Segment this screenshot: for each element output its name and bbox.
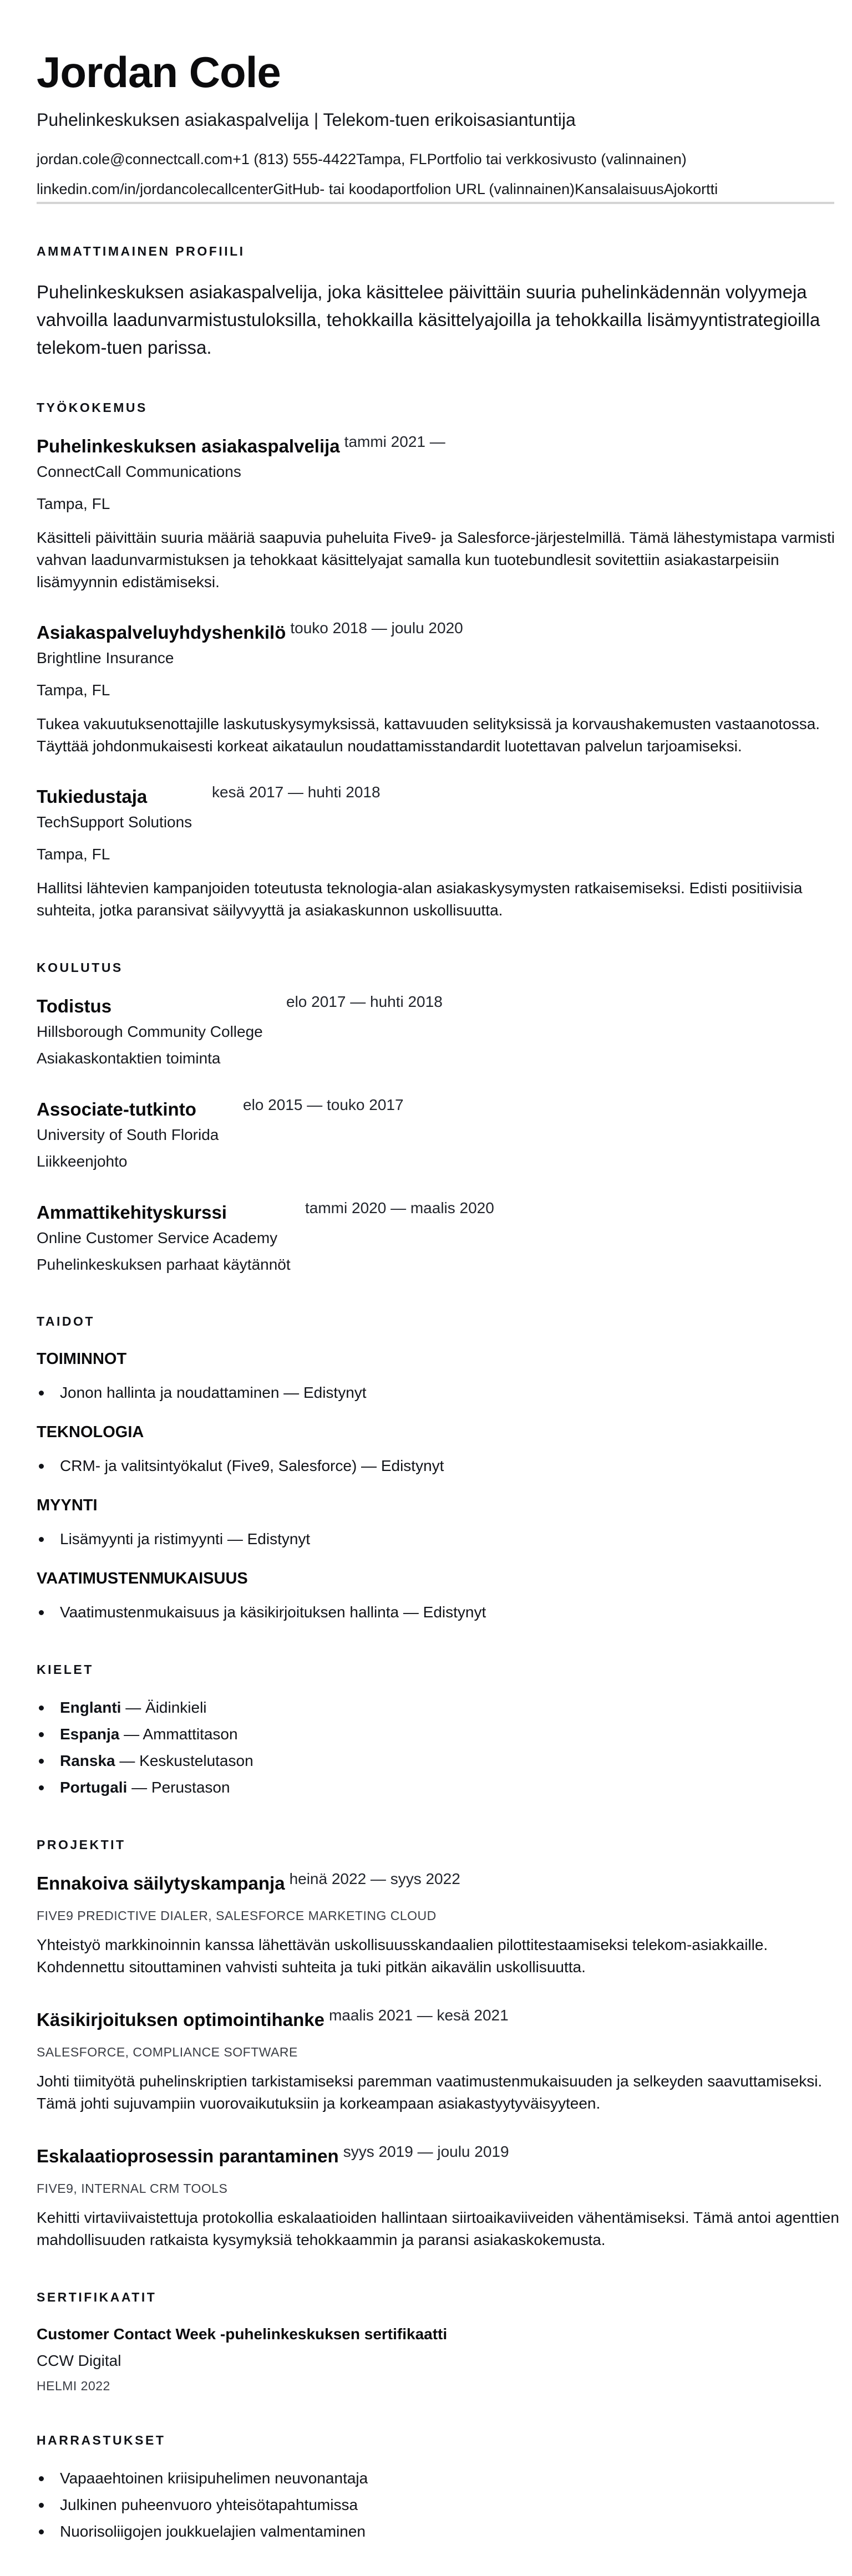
citizenship-text: Kansalaisuus [575,179,664,200]
job-title: Puhelinkeskuksen asiakaspalvelija [37,435,340,458]
education-entry: Associate-tutkinto elo 2015 — touko 2017… [37,1098,815,1172]
section-title-hobbies: HARRASTUKSET [37,2432,815,2448]
language-list: Englanti — Äidinkieli Espanja — Ammattit… [37,1697,815,1799]
skill-category: VAATIMUSTENMUKAISUUS [37,1568,815,1589]
project-name: Ennakoiva säilytyskampanja [37,1872,285,1895]
project-dates: maalis 2021 — kesä 2021 [329,2007,509,2024]
project-name: Eskalaatioprosessin parantaminen [37,2145,339,2168]
hobby-item: Vapaaehtoinen kriisipuhelimen neuvonanta… [37,2467,815,2490]
skill-category: TEKNOLOGIA [37,1422,815,1443]
education-dates: elo 2017 — huhti 2018 [286,994,443,1010]
header-divider [37,202,834,204]
hobby-item: Julkinen puheenvuoro yhteisötapahtumissa [37,2494,815,2516]
section-title-languages: KIELET [37,1661,815,1678]
resume-header: Jordan Cole Puhelinkeskuksen asiakaspalv… [37,47,815,204]
projects-section: PROJEKTIT Ennakoiva säilytyskampanja hei… [37,1836,815,2251]
github-link[interactable]: GitHub- tai koodaportfolion URL (valinna… [273,179,575,200]
project-entry: Eskalaatioprosessin parantaminen syys 20… [37,2145,815,2251]
hobby-list: Vapaaehtoinen kriisipuhelimen neuvonanta… [37,2467,815,2543]
hobby-item: Nuorisoliigojen joukkuelajien valmentami… [37,2521,815,2543]
company-name: Brightline Insurance [37,648,815,669]
company-name: ConnectCall Communications [37,461,815,482]
job-location: Tampa, FL [37,844,815,865]
language-name: Portugali [60,1779,127,1796]
school-name: Hillsborough Community College [37,1021,815,1042]
candidate-name: Jordan Cole [37,47,815,98]
education-dates: elo 2015 — touko 2017 [243,1097,404,1113]
language-level: — Ammattitason [119,1725,237,1743]
languages-section: KIELET Englanti — Äidinkieli Espanja — A… [37,1661,815,1799]
language-name: Englanti [60,1699,121,1716]
language-item: Portugali — Perustason [37,1776,815,1799]
job-dates: touko 2018 — joulu 2020 [290,620,463,637]
education-dates: tammi 2020 — maalis 2020 [305,1200,494,1216]
contact-row-primary: jordan.cole@connectcall.com +1 (813) 555… [37,149,815,170]
job-location: Tampa, FL [37,680,815,701]
skill-group: TEKNOLOGIA CRM- ja valitsintyökalut (Fiv… [37,1422,815,1477]
section-title-experience: TYÖKOKEMUS [37,399,815,416]
profile-summary: Puhelinkeskuksen asiakaspalvelija, joka … [37,278,824,362]
certification-entry: Customer Contact Week -puhelinkeskuksen … [37,2324,815,2394]
project-technologies: SALESFORCE, COMPLIANCE SOFTWARE [37,2044,815,2060]
certification-name: Customer Contact Week -puhelinkeskuksen … [37,2324,815,2344]
project-name: Käsikirjoituksen optimointihanke [37,2008,324,2032]
project-entry: Ennakoiva säilytyskampanja heinä 2022 — … [37,1872,815,1978]
job-dates: tammi 2021 — [344,434,445,450]
experience-section: TYÖKOKEMUS Puhelinkeskuksen asiakaspalve… [37,399,815,922]
study-field: Asiakaskontaktien toiminta [37,1048,815,1069]
education-entry: Todistus elo 2017 — huhti 2018 Hillsboro… [37,995,815,1069]
language-name: Espanja [60,1725,119,1743]
job-dates: kesä 2017 — huhti 2018 [212,784,381,801]
degree-title: Associate-tutkinto [37,1098,243,1121]
experience-entry: Asiakaspalveluyhdyshenkilö touko 2018 — … [37,621,815,757]
portfolio-link[interactable]: Portfolio tai verkkosivusto (valinnainen… [427,149,687,170]
company-name: TechSupport Solutions [37,812,815,833]
education-entry: Ammattikehityskurssi tammi 2020 — maalis… [37,1201,815,1275]
language-level: — Keskustelutason [115,1752,253,1769]
section-title-profile: AMMATTIMAINEN PROFIILI [37,243,815,259]
skill-item: Vaatimustenmukaisuus ja käsikirjoituksen… [37,1601,815,1623]
school-name: Online Customer Service Academy [37,1228,815,1249]
project-description: Johti tiimityötä puhelinskriptien tarkis… [37,2070,846,2115]
section-title-certifications: SERTIFIKAATIT [37,2289,815,2305]
section-title-projects: PROJEKTIT [37,1836,815,1853]
skills-section: TAIDOT TOIMINNOT Jonon hallinta ja nouda… [37,1313,815,1623]
job-title: Asiakaspalveluyhdyshenkilö [37,621,286,644]
language-level: — Perustason [127,1779,230,1796]
language-level: — Äidinkieli [121,1699,206,1716]
resume-page: Jordan Cole Puhelinkeskuksen asiakaspalv… [0,0,852,2576]
location-text: Tampa, FL [356,149,427,170]
study-field: Puhelinkeskuksen parhaat käytännöt [37,1254,815,1275]
job-title: Tukiedustaja [37,785,212,808]
project-description: Kehitti virtaviivaistettuja protokollia … [37,2207,846,2251]
linkedin-link[interactable]: linkedin.com/in/jordancolecallcenter [37,179,273,200]
contact-row-secondary: linkedin.com/in/jordancolecallcenter Git… [37,179,815,200]
project-entry: Käsikirjoituksen optimointihanke maalis … [37,2008,815,2115]
candidate-headline: Puhelinkeskuksen asiakaspalvelija | Tele… [37,108,815,132]
language-item: Espanja — Ammattitason [37,1723,815,1745]
language-name: Ranska [60,1752,115,1769]
experience-entry: Puhelinkeskuksen asiakaspalvelija tammi … [37,435,815,593]
project-description: Yhteistyö markkinoinnin kanssa lähettävä… [37,1934,846,1978]
skill-category: MYYNTI [37,1495,815,1516]
language-item: Englanti — Äidinkieli [37,1697,815,1719]
profile-section: AMMATTIMAINEN PROFIILI Puhelinkeskuksen … [37,243,815,362]
skill-item: CRM- ja valitsintyökalut (Five9, Salesfo… [37,1455,815,1477]
hobbies-section: HARRASTUKSET Vapaaehtoinen kriisipuhelim… [37,2432,815,2543]
certification-date: HELMI 2022 [37,2378,815,2394]
drivers-license-text: Ajokortti [664,179,718,200]
skill-item: Jonon hallinta ja noudattaminen — Edisty… [37,1382,815,1404]
project-dates: heinä 2022 — syys 2022 [290,1871,460,1887]
skill-category: TOIMINNOT [37,1348,815,1370]
school-name: University of South Florida [37,1124,815,1146]
language-item: Ranska — Keskustelutason [37,1750,815,1772]
certifications-section: SERTIFIKAATIT Customer Contact Week -puh… [37,2289,815,2394]
skill-item: Lisämyynti ja ristimyynti — Edistynyt [37,1528,815,1550]
project-technologies: FIVE9, INTERNAL CRM TOOLS [37,2180,815,2197]
job-location: Tampa, FL [37,493,815,515]
skill-group: VAATIMUSTENMUKAISUUS Vaatimustenmukaisuu… [37,1568,815,1623]
project-technologies: FIVE9 PREDICTIVE DIALER, SALESFORCE MARK… [37,1907,815,1924]
degree-title: Todistus [37,995,286,1018]
skill-group: MYYNTI Lisämyynti ja ristimyynti — Edist… [37,1495,815,1550]
degree-title: Ammattikehityskurssi [37,1201,305,1224]
study-field: Liikkeenjohto [37,1151,815,1172]
job-description: Tukea vakuutuksenottajille laskutuskysym… [37,713,835,757]
section-title-education: KOULUTUS [37,959,815,976]
certification-issuer: CCW Digital [37,2351,815,2371]
section-title-skills: TAIDOT [37,1313,815,1330]
job-description: Hallitsi lähtevien kampanjoiden toteutus… [37,877,835,922]
email-link[interactable]: jordan.cole@connectcall.com [37,149,232,170]
project-dates: syys 2019 — joulu 2019 [343,2144,509,2160]
experience-entry: Tukiedustaja kesä 2017 — huhti 2018 Tech… [37,785,815,922]
job-description: Käsitteli päivittäin suuria määriä saapu… [37,527,835,593]
phone-number[interactable]: +1 (813) 555-4422 [232,149,356,170]
skill-group: TOIMINNOT Jonon hallinta ja noudattamine… [37,1348,815,1404]
education-section: KOULUTUS Todistus elo 2017 — huhti 2018 … [37,959,815,1275]
